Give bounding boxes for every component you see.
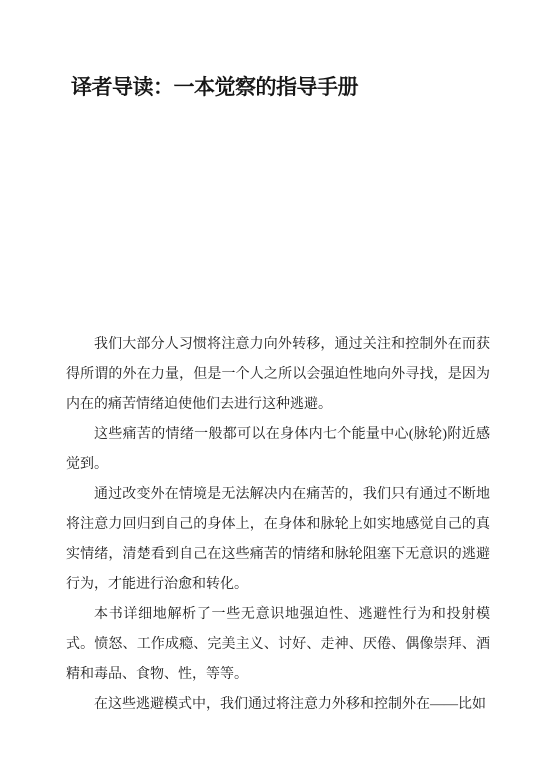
book-page: 译者导读：一本觉察的指导手册 我们大部分人习惯将注意力向外转移，通过关注和控制外… — [0, 0, 540, 758]
body-text: 我们大部分人习惯将注意力向外转移，通过关注和控制外在而获得所谓的外在力量，但是一… — [66, 330, 490, 720]
paragraph: 通过改变外在情境是无法解决内在痛苦的，我们只有通过不断地将注意力回归到自己的身体… — [66, 480, 490, 600]
paragraph: 我们大部分人习惯将注意力向外转移，通过关注和控制外在而获得所谓的外在力量，但是一… — [66, 330, 490, 420]
chapter-title: 译者导读：一本觉察的指导手册 — [71, 71, 358, 101]
paragraph: 这些痛苦的情绪一般都可以在身体内七个能量中心(脉轮)附近感觉到。 — [66, 420, 490, 480]
paragraph: 本书详细地解析了一些无意识地强迫性、逃避性行为和投射模式。愤怒、工作成瘾、完美主… — [66, 600, 490, 690]
paragraph: 在这些逃避模式中，我们通过将注意力外移和控制外在——比如 — [66, 690, 490, 720]
